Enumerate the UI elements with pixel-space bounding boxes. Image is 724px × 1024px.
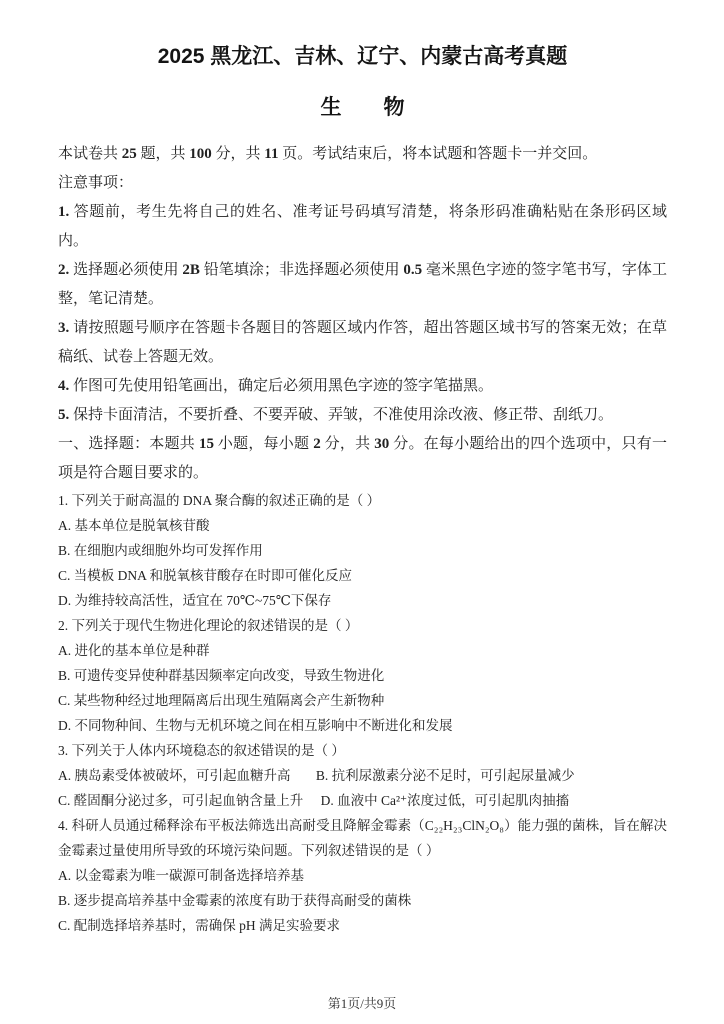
exam-page: 2025 黑龙江、吉林、辽宁、内蒙古高考真题 生 物 本试卷共 25 题，共 1…	[0, 0, 724, 1024]
question-3: 3. 下列关于人体内环境稳态的叙述错误的是（ ） A. 胰岛素受体被破坏，可引起…	[58, 738, 667, 813]
notice-item-4: 4. 作图可先使用铅笔画出，确定后必须用黑色字迹的签字笔描黑。	[58, 372, 667, 401]
question-3-text: 3. 下列关于人体内环境稳态的叙述错误的是（ ）	[58, 738, 667, 763]
question-1-option-c: C. 当模板 DNA 和脱氧核苷酸存在时即可催化反应	[58, 563, 667, 588]
notice-item-3: 3. 请按照题号顺序在答题卡各题目的答题区域内作答，超出答题区域书写的答案无效；…	[58, 314, 667, 372]
question-4-option-c: C. 配制选择培养基时，需确保 pH 满足实验要求	[58, 913, 667, 938]
question-1-option-b: B. 在细胞内或细胞外均可发挥作用	[58, 538, 667, 563]
question-3-options-row-2: C. 醛固酮分泌过多，可引起血钠含量上升 D. 血液中 Ca²⁺浓度过低，可引起…	[58, 788, 667, 813]
question-4: 4. 科研人员通过稀释涂布平板法筛选出高耐受且降解金霉素（C₂₂H₂₃ClN₂O…	[58, 813, 667, 938]
question-3-option-d: D. 血液中 Ca²⁺浓度过低，可引起肌肉抽搐	[321, 793, 570, 808]
page-title: 2025 黑龙江、吉林、辽宁、内蒙古高考真题	[58, 44, 667, 69]
notice-item-1: 1. 答题前，考生先将自己的姓名、准考证号码填写清楚，将条形码准确粘贴在条形码区…	[58, 198, 667, 256]
question-3-option-c: C. 醛固酮分泌过多，可引起血钠含量上升	[58, 793, 303, 808]
question-4-text: 4. 科研人员通过稀释涂布平板法筛选出高耐受且降解金霉素（C₂₂H₂₃ClN₂O…	[58, 813, 667, 863]
notice-item-2: 2. 选择题必须使用 2B 铅笔填涂；非选择题必须使用 0.5 毫米黑色字迹的签…	[58, 256, 667, 314]
question-3-option-b: B. 抗利尿激素分泌不足时，可引起尿量减少	[316, 768, 575, 783]
question-1: 1. 下列关于耐高温的 DNA 聚合酶的叙述正确的是（ ） A. 基本单位是脱氧…	[58, 488, 667, 613]
question-3-option-a: A. 胰岛素受体被破坏，可引起血糖升高	[58, 768, 291, 783]
intro-paragraph: 本试卷共 25 题，共 100 分，共 11 页。考试结束后，将本试题和答题卡一…	[58, 140, 667, 169]
question-2-option-a: A. 进化的基本单位是种群	[58, 638, 667, 663]
notice-heading: 注意事项：	[58, 169, 667, 198]
question-2-option-d: D. 不同物种间、生物与无机环境之间在相互影响中不断进化和发展	[58, 713, 667, 738]
question-2-text: 2. 下列关于现代生物进化理论的叙述错误的是（ ）	[58, 613, 667, 638]
question-4-option-a: A. 以金霉素为唯一碳源可制备选择培养基	[58, 863, 667, 888]
question-1-option-a: A. 基本单位是脱氧核苷酸	[58, 513, 667, 538]
question-3-options-row-1: A. 胰岛素受体被破坏，可引起血糖升高 B. 抗利尿激素分泌不足时，可引起尿量减…	[58, 763, 667, 788]
page-number: 第1页/共9页	[0, 993, 724, 1012]
question-2: 2. 下列关于现代生物进化理论的叙述错误的是（ ） A. 进化的基本单位是种群 …	[58, 613, 667, 738]
question-2-option-b: B. 可遗传变异使种群基因频率定向改变，导致生物进化	[58, 663, 667, 688]
question-1-option-d: D. 为维持较高活性，适宜在 70℃~75℃下保存	[58, 588, 667, 613]
question-1-text: 1. 下列关于耐高温的 DNA 聚合酶的叙述正确的是（ ）	[58, 488, 667, 513]
notice-item-5: 5. 保持卡面清洁，不要折叠、不要弄破、弄皱，不准使用涂改液、修正带、刮纸刀。	[58, 401, 667, 430]
question-4-option-b: B. 逐步提高培养基中金霉素的浓度有助于获得高耐受的菌株	[58, 888, 667, 913]
section-heading: 一、选择题：本题共 15 小题，每小题 2 分，共 30 分。在每小题给出的四个…	[58, 430, 667, 488]
question-2-option-c: C. 某些物种经过地理隔离后出现生殖隔离会产生新物种	[58, 688, 667, 713]
subject-title: 生 物	[58, 95, 667, 120]
